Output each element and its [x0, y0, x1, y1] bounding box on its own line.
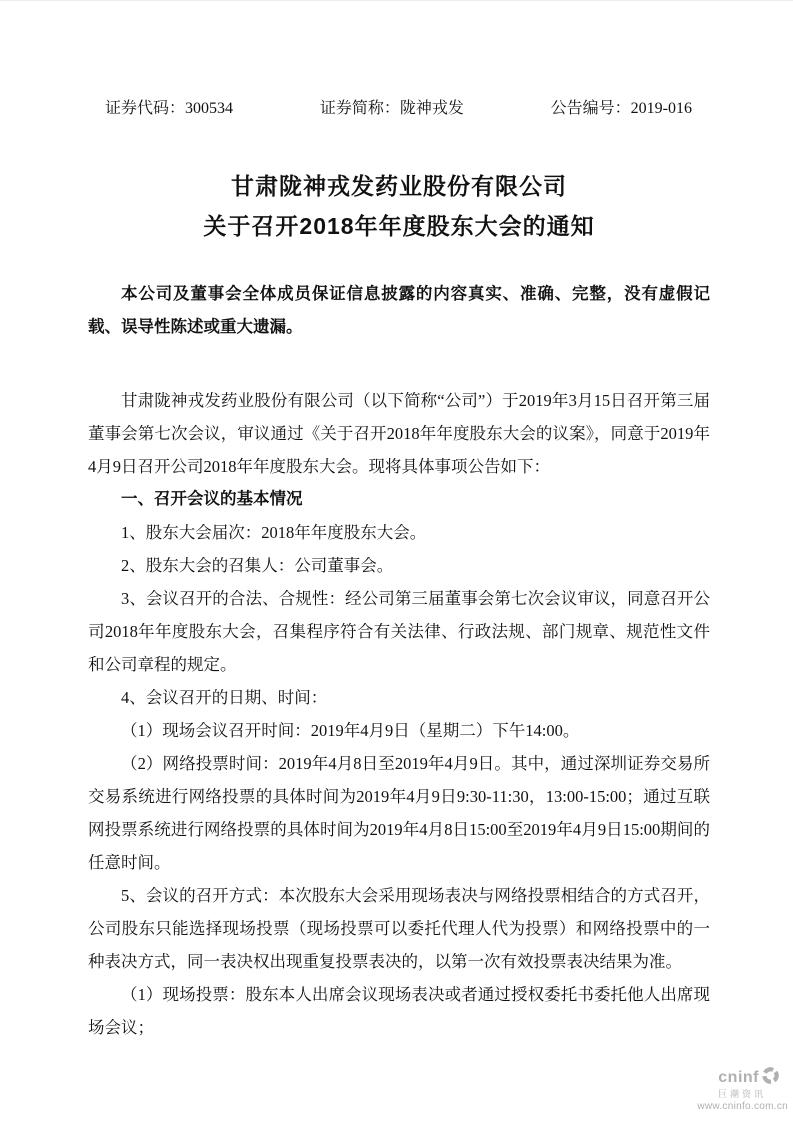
cninfo-chinese-name: 巨潮资讯	[697, 1090, 766, 1100]
announcement-number: 公告编号：2019-016	[551, 100, 692, 117]
document-title: 甘肃陇神戎发药业股份有限公司 关于召开2018年年度股东大会的通知	[88, 166, 710, 246]
stock-code: 证券代码：300534	[105, 100, 233, 117]
disclaimer-statement: 本公司及董事会全体成员保证信息披露的内容真实、准确、完整，没有虚假记载、误导性陈…	[88, 278, 710, 344]
document-header: 证券代码：300534 证券简称：陇神戎发 公告编号：2019-016	[88, 100, 710, 117]
cninfo-swirl-icon	[761, 1066, 780, 1090]
cninfo-logo-row: cninf	[697, 1066, 780, 1090]
document-page: 证券代码：300534 证券简称：陇神戎发 公告编号：2019-016 甘肃陇神…	[0, 0, 793, 1122]
intro-paragraph: 甘肃陇神戎发药业股份有限公司（以下简称“公司”）于2019年3月15日召开第三届…	[88, 384, 710, 483]
section-1-heading: 一、召开会议的基本情况	[88, 483, 710, 516]
item-onsite-voting: （1）现场投票：股东本人出席会议现场表决或者通过授权委托书委托他人出席现场会议；	[88, 978, 710, 1044]
item-meeting-session: 1、股东大会届次：2018年年度股东大会。	[88, 516, 710, 549]
cninfo-url: www.cninfo.com.cn	[697, 1101, 788, 1112]
stock-short-name: 证券简称：陇神戎发	[320, 100, 464, 117]
item-convener: 2、股东大会的召集人：公司董事会。	[88, 549, 710, 582]
item-onsite-meeting-time: （1）现场会议召开时间：2019年4月9日（星期二）下午14:00。	[88, 714, 710, 747]
company-name-title: 甘肃陇神戎发药业股份有限公司	[88, 166, 710, 206]
announcement-title: 关于召开2018年年度股东大会的通知	[88, 206, 710, 246]
item-meeting-method: 5、会议的召开方式：本次股东大会采用现场表决与网络投票相结合的方式召开，公司股东…	[88, 879, 710, 978]
item-online-voting-time: （2）网络投票时间：2019年4月8日至2019年4月9日。其中，通过深圳证券交…	[88, 747, 710, 879]
document-content: 证券代码：300534 证券简称：陇神戎发 公告编号：2019-016 甘肃陇神…	[88, 1, 710, 1044]
cninfo-logo-text: cninf	[718, 1069, 759, 1087]
item-legality: 3、会议召开的合法、合规性：经公司第三届董事会第七次会议审议，同意召开公司201…	[88, 582, 710, 681]
cninfo-watermark: cninf 巨潮资讯 www.cninfo.com.cn	[697, 1066, 788, 1112]
item-date-time: 4、会议召开的日期、时间：	[88, 681, 710, 714]
document-body: 甘肃陇神戎发药业股份有限公司（以下简称“公司”）于2019年3月15日召开第三届…	[88, 384, 710, 1044]
